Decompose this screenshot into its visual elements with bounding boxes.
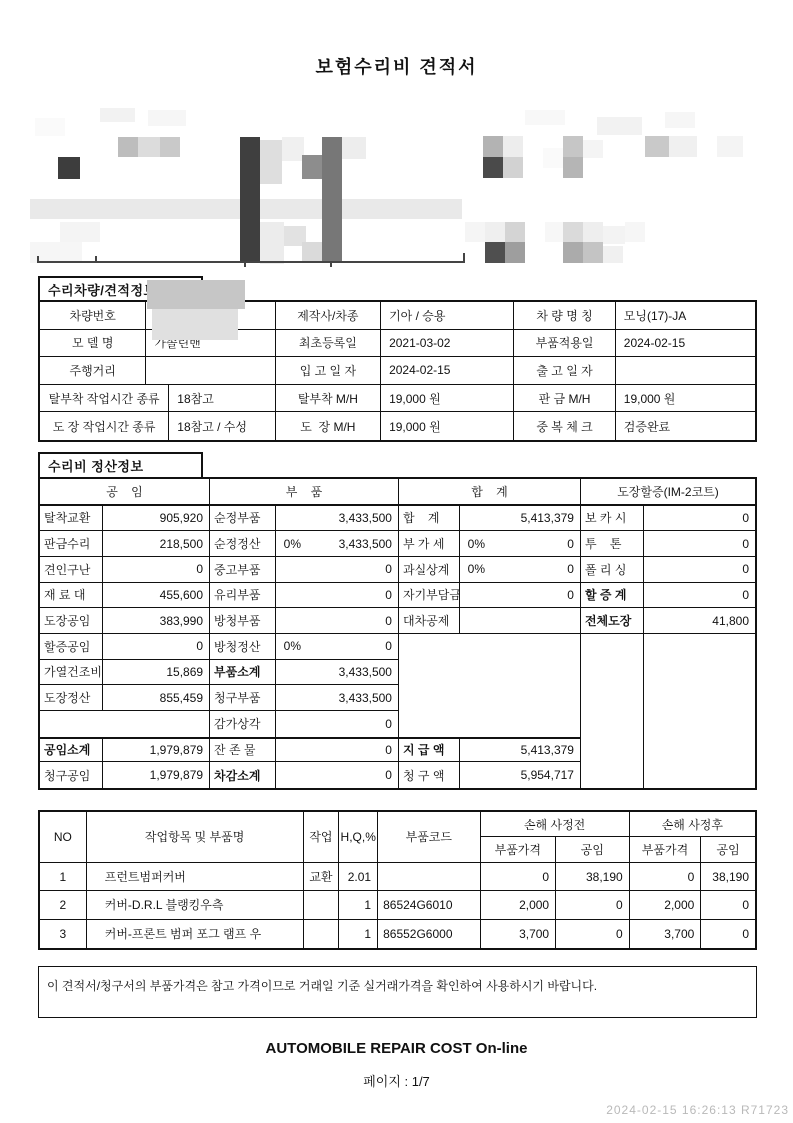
redaction-block xyxy=(302,242,322,263)
redaction-block xyxy=(322,137,342,263)
cell-label: 부품소계 xyxy=(210,660,276,686)
cell-label: 보 카 시 xyxy=(581,506,644,532)
cell-value xyxy=(146,357,275,385)
cell-empty xyxy=(399,634,581,737)
redaction-block xyxy=(563,157,583,178)
cell-value: 2024-02-15 xyxy=(381,357,514,385)
redaction-block xyxy=(505,242,525,263)
amount: 0 xyxy=(567,562,574,576)
cell-value: 2024-02-15 xyxy=(616,330,755,358)
cell-value: 1,979,879 xyxy=(103,737,210,763)
group-header-labor: 공 임 xyxy=(40,479,210,506)
cell-label: 청 구 액 xyxy=(399,762,460,788)
redaction-block xyxy=(669,136,697,157)
cell-code: 86524G6010 xyxy=(378,891,480,919)
redaction-block xyxy=(563,242,583,263)
redaction-block xyxy=(485,222,505,242)
cell-label: 방청정산 xyxy=(210,634,276,660)
cell-value: 218,500 xyxy=(103,531,210,557)
cell-value xyxy=(460,608,581,634)
redaction-line xyxy=(37,261,465,263)
cell-label: 대차공제 xyxy=(399,608,460,634)
redaction-block xyxy=(545,222,563,242)
redaction-tick xyxy=(37,256,39,262)
cell-value: 905,920 xyxy=(103,506,210,532)
cell-label: 탈부착 M/H xyxy=(276,385,381,413)
cell-hq: 2.01 xyxy=(339,863,378,891)
redaction-block xyxy=(603,226,625,244)
redaction-block xyxy=(58,157,80,179)
cell-value: 5,413,379 xyxy=(460,506,581,532)
cell-value: 0 xyxy=(276,583,399,609)
cell-empty xyxy=(644,634,755,788)
cell-label: 중고부품 xyxy=(210,557,276,583)
vehicle-section-title: 수리차량/견적정보 xyxy=(38,276,203,300)
cell-label: 자기부담금 xyxy=(399,583,460,609)
cell-value: 5,413,379 xyxy=(460,737,581,763)
redaction-block xyxy=(563,136,583,157)
cell-value: 0 xyxy=(276,608,399,634)
cell-code: 86552G6000 xyxy=(378,920,480,948)
cell-value: 0 xyxy=(103,557,210,583)
cell-label: 청구부품 xyxy=(210,685,276,711)
redaction-block xyxy=(260,140,282,184)
cell-label: 중 복 체 크 xyxy=(514,412,615,440)
cell-label: 폴 리 싱 xyxy=(581,557,644,583)
cell-item: 커버-프론트 범퍼 포그 램프 우 xyxy=(87,920,304,948)
cell-value: 383,990 xyxy=(103,608,210,634)
cell-label: 차량번호 xyxy=(40,302,146,330)
percent: 0% xyxy=(284,537,301,551)
group-header-total: 합 계 xyxy=(399,479,581,506)
cell-value: 3,433,500 xyxy=(276,506,399,532)
cell-value: 검증완료 xyxy=(616,412,755,440)
cell-label: 주행거리 xyxy=(40,357,146,385)
redaction-block xyxy=(30,242,82,263)
redaction-block xyxy=(563,222,583,242)
redaction-block xyxy=(583,140,603,158)
cell-item: 커버-D.R.L 블랭킹우측 xyxy=(87,891,304,919)
cell-labor-before: 0 xyxy=(556,891,630,919)
column-header: 손해 사정후 xyxy=(630,812,755,837)
footer-timestamp: 2024-02-15 16:26:13 R71723 xyxy=(606,1103,789,1117)
amount: 3,433,500 xyxy=(339,537,392,551)
cell-label: 전체도장 xyxy=(581,608,644,634)
cell-value: 19,000 원 xyxy=(381,385,514,413)
cell-work xyxy=(304,920,340,948)
cell-label: 출 고 일 자 xyxy=(514,357,615,385)
cell-value: 18참고 / 수성 xyxy=(169,412,275,440)
redaction-block xyxy=(483,136,503,157)
redaction-block xyxy=(138,137,160,157)
redaction-block xyxy=(284,226,306,246)
cell-label: 차감소계 xyxy=(210,762,276,788)
cell-value: 0 xyxy=(644,506,755,532)
cell-label: 제작사/차종 xyxy=(276,302,381,330)
cell-value: 0 xyxy=(644,531,755,557)
redaction-block xyxy=(665,112,695,128)
cell-label: 감가상각 xyxy=(210,711,276,737)
redaction-block xyxy=(148,110,186,126)
cell-value: 가솔린밴 xyxy=(146,330,275,358)
column-header: 부품코드 xyxy=(378,812,480,863)
cell-label: 순정정산 xyxy=(210,531,276,557)
cell-item: 프런트범퍼커버 xyxy=(87,863,304,891)
cell-no: 1 xyxy=(40,863,87,891)
cell-label: 할증공임 xyxy=(40,634,103,660)
footer-brand: AUTOMOBILE REPAIR COST On-line xyxy=(0,1040,793,1057)
cell-label: 부 가 세 xyxy=(399,531,460,557)
redaction-tick xyxy=(95,256,97,262)
page: 보험수리비 견적서 xyxy=(0,0,793,1123)
cell-value xyxy=(146,302,275,330)
cell-label: 판 금 M/H xyxy=(514,385,615,413)
percent: 0% xyxy=(468,537,485,551)
cell-value: 0 xyxy=(276,557,399,583)
cell-value: 5,954,717 xyxy=(460,762,581,788)
cell-price-before: 2,000 xyxy=(481,891,557,919)
redaction-block xyxy=(30,199,462,219)
cell-price-after: 2,000 xyxy=(630,891,702,919)
cell-value: 모닝(17)-JA xyxy=(616,302,755,330)
cell-label: 입 고 일 자 xyxy=(276,357,381,385)
redaction-block xyxy=(583,222,603,242)
redaction-block xyxy=(160,137,180,157)
cell-value: 0%0 xyxy=(276,634,399,660)
cell-label: 잔 존 물 xyxy=(210,737,276,763)
column-header: 공임 xyxy=(701,837,755,862)
redaction-block xyxy=(597,117,642,135)
cell-value: 0%3,433,500 xyxy=(276,531,399,557)
cell-value: 3,433,500 xyxy=(276,660,399,686)
cell-value: 0 xyxy=(276,762,399,788)
cell-label: 방청부품 xyxy=(210,608,276,634)
cell-labor-after: 0 xyxy=(701,891,755,919)
redaction-block xyxy=(505,222,525,242)
redaction-block xyxy=(100,108,135,122)
redaction-tick xyxy=(330,262,332,267)
cell-value: 0 xyxy=(103,634,210,660)
cell-no: 3 xyxy=(40,920,87,948)
cell-empty xyxy=(40,711,210,737)
cell-value: 19,000 원 xyxy=(381,412,514,440)
column-header: H,Q,% xyxy=(339,812,378,863)
column-header: NO xyxy=(40,812,87,863)
cell-price-after: 0 xyxy=(630,863,702,891)
cell-value: 15,869 xyxy=(103,660,210,686)
cell-value: 0 xyxy=(460,583,581,609)
cell-label: 모 델 명 xyxy=(40,330,146,358)
redaction-block xyxy=(302,155,322,179)
redaction-block xyxy=(240,137,260,263)
cell-label: 도 장 M/H xyxy=(276,412,381,440)
redaction-block xyxy=(603,246,623,263)
redaction-block xyxy=(503,136,523,157)
cell-label: 청구공임 xyxy=(40,762,103,788)
redaction-block xyxy=(118,137,138,157)
cell-value: 0%0 xyxy=(460,557,581,583)
redaction-tick xyxy=(244,262,246,267)
cell-work xyxy=(304,891,340,919)
redaction-block xyxy=(503,157,523,178)
column-header: 부품가격 xyxy=(481,837,557,862)
cell-label: 최초등록일 xyxy=(276,330,381,358)
redaction-block xyxy=(543,148,563,168)
column-header: 공임 xyxy=(556,837,630,862)
cell-value: 41,800 xyxy=(644,608,755,634)
cell-price-after: 3,700 xyxy=(630,920,702,948)
cell-label: 할 증 계 xyxy=(581,583,644,609)
group-header-paint: 도장할증(IM-2코트) xyxy=(581,479,755,506)
cell-no: 2 xyxy=(40,891,87,919)
redaction-block xyxy=(282,137,304,161)
cell-label: 도장공임 xyxy=(40,608,103,634)
cell-label: 견인구난 xyxy=(40,557,103,583)
cell-value xyxy=(616,357,755,385)
cell-label: 도장정산 xyxy=(40,685,103,711)
redaction-block xyxy=(525,110,565,125)
redaction-block xyxy=(583,242,603,263)
cell-price-before: 0 xyxy=(481,863,557,891)
cell-label: 과실상계 xyxy=(399,557,460,583)
percent: 0% xyxy=(468,562,485,576)
column-header: 부품가격 xyxy=(630,837,702,862)
cell-label: 탈부착 작업시간 종류 xyxy=(40,385,169,413)
cell-value: 0 xyxy=(644,557,755,583)
cell-work: 교환 xyxy=(304,863,340,891)
redaction-block xyxy=(625,222,645,242)
cell-value: 기아 / 승용 xyxy=(381,302,514,330)
redaction-block xyxy=(60,222,100,242)
cell-label: 차 량 명 칭 xyxy=(514,302,615,330)
cell-value: 0 xyxy=(644,583,755,609)
redaction-block xyxy=(35,118,65,136)
redaction-block xyxy=(483,157,503,178)
cell-label: 투 톤 xyxy=(581,531,644,557)
redaction-block xyxy=(717,136,743,157)
amount: 0 xyxy=(385,639,392,653)
amount: 0 xyxy=(567,537,574,551)
cell-value: 0%0 xyxy=(460,531,581,557)
cell-label: 순정부품 xyxy=(210,506,276,532)
column-header: 작업 xyxy=(304,812,340,863)
cell-labor-after: 38,190 xyxy=(701,863,755,891)
redaction-block xyxy=(645,136,669,157)
page-title: 보험수리비 견적서 xyxy=(0,53,793,79)
cell-value: 0 xyxy=(276,711,399,737)
redaction-block xyxy=(465,222,485,242)
cell-label: 합 계 xyxy=(399,506,460,532)
redaction-tick xyxy=(463,253,465,262)
settlement-table: 공 임 부 품 합 계 도장할증(IM-2코트) 탈착교환 905,920 순정… xyxy=(38,477,757,790)
work-items-table: NO 작업항목 및 부품명 작업 H,Q,% 부품코드 손해 사정전 손해 사정… xyxy=(38,810,757,950)
cell-value: 3,433,500 xyxy=(276,685,399,711)
cell-label: 재 료 대 xyxy=(40,583,103,609)
cell-label: 도 장 작업시간 종류 xyxy=(40,412,169,440)
cell-label: 판금수리 xyxy=(40,531,103,557)
cell-hq: 1 xyxy=(339,920,378,948)
redaction-block xyxy=(485,242,505,263)
cell-value: 2021-03-02 xyxy=(381,330,514,358)
cell-value: 455,600 xyxy=(103,583,210,609)
redaction-block xyxy=(342,137,366,159)
cell-value: 18참고 xyxy=(169,385,275,413)
cell-price-before: 3,700 xyxy=(481,920,557,948)
cell-hq: 1 xyxy=(339,891,378,919)
notice-box: 이 견적서/청구서의 부품가격은 참고 가격이므로 거래일 기준 실거래가격을 … xyxy=(38,966,757,1018)
cell-value: 0 xyxy=(276,737,399,763)
cell-empty xyxy=(581,634,644,788)
cell-value: 855,459 xyxy=(103,685,210,711)
cell-value: 1,979,879 xyxy=(103,762,210,788)
cell-label: 공임소계 xyxy=(40,737,103,763)
cell-labor-before: 38,190 xyxy=(556,863,630,891)
cell-label: 유리부품 xyxy=(210,583,276,609)
redaction-block xyxy=(260,222,284,264)
settlement-section-title: 수리비 정산정보 xyxy=(38,452,203,477)
notice-text: 이 견적서/청구서의 부품가격은 참고 가격이므로 거래일 기준 실거래가격을 … xyxy=(47,979,597,993)
cell-label: 지 급 액 xyxy=(399,737,460,763)
percent: 0% xyxy=(284,639,301,653)
cell-labor-before: 0 xyxy=(556,920,630,948)
cell-label: 가열건조비 xyxy=(40,660,103,686)
column-header: 작업항목 및 부품명 xyxy=(87,812,304,863)
cell-label: 탈착교환 xyxy=(40,506,103,532)
group-header-parts: 부 품 xyxy=(210,479,399,506)
column-header: 손해 사정전 xyxy=(481,812,630,837)
vehicle-info-table: 차량번호 제작사/차종 기아 / 승용 차 량 명 칭 모닝(17)-JA 모 … xyxy=(38,300,757,442)
cell-labor-after: 0 xyxy=(701,920,755,948)
footer-page-number: 페이지 : 1/7 xyxy=(0,1071,793,1090)
cell-label: 부품적용일 xyxy=(514,330,615,358)
cell-code xyxy=(378,863,480,891)
cell-value: 19,000 원 xyxy=(616,385,755,413)
